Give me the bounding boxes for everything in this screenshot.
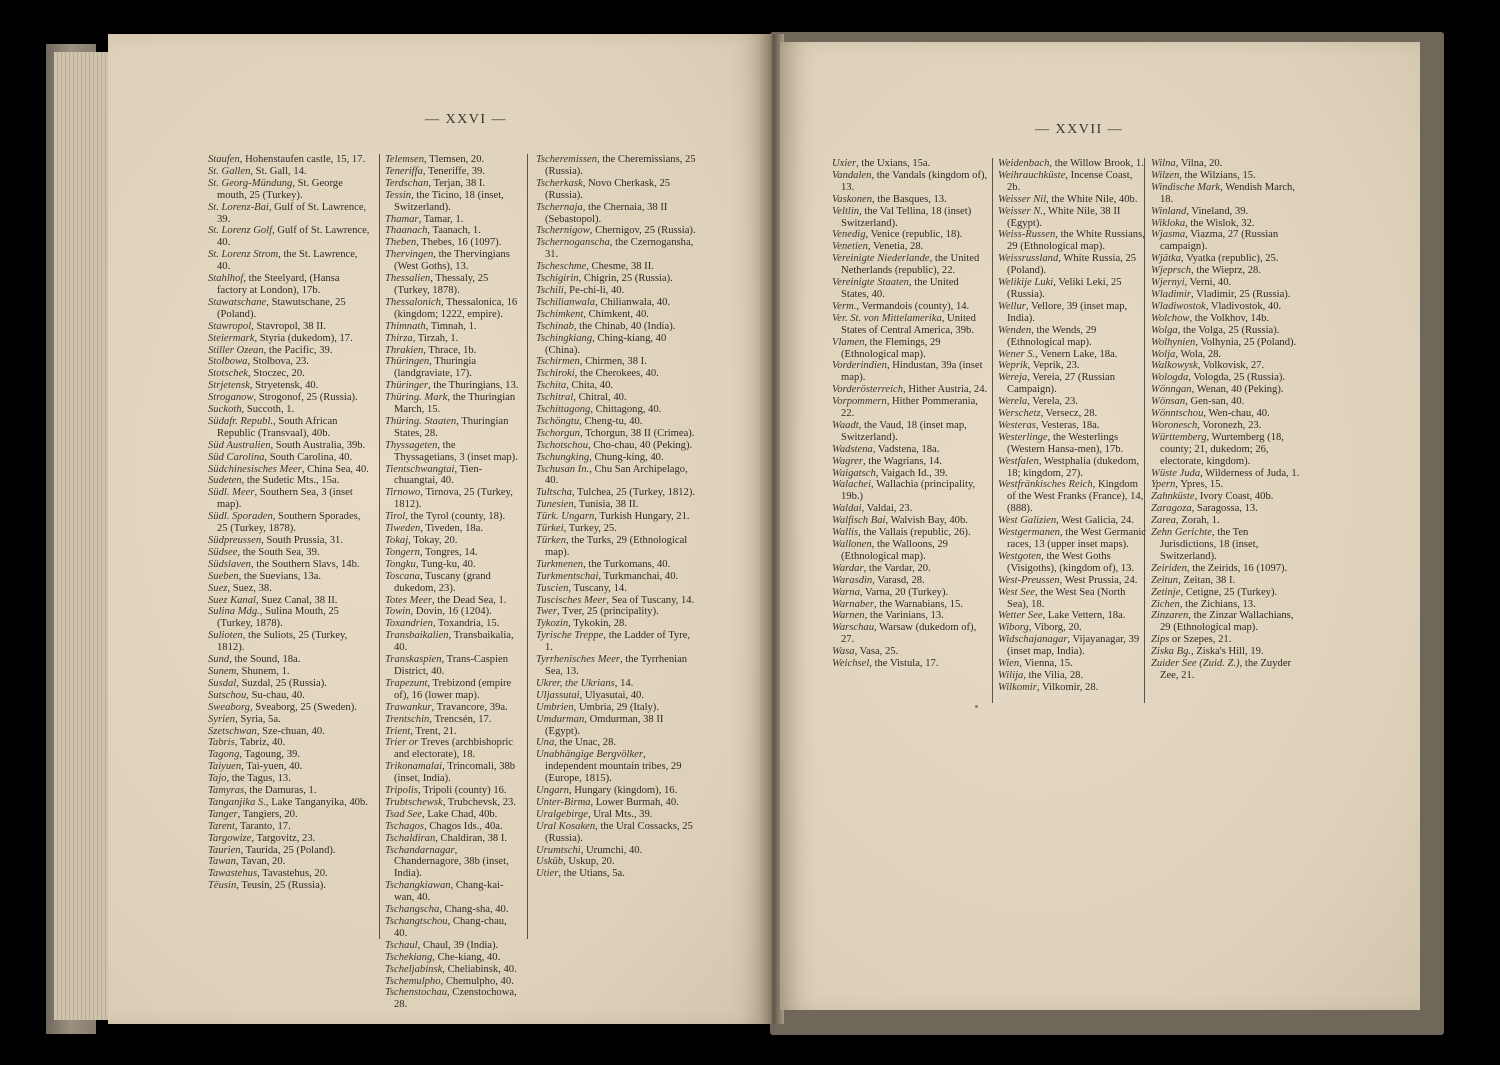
entry-headword: Verm. [832,301,856,312]
entry-headword: Trubtschewsk [385,797,443,808]
entry-headword: Wladiwostok [1151,301,1206,312]
entry-gloss: , Vyatka (republic), 25. [1181,253,1278,264]
entry-headword: Wallonen [832,539,872,550]
entry-headword: St. Gallen [208,166,250,177]
entry-headword: Weissrussland [998,253,1058,264]
entry-headword: Süd Carolina [208,452,264,463]
entry-gloss: , Tai-yuen, 40. [241,761,302,772]
entry-gloss: , Trent, 21. [410,726,456,737]
entry-gloss: , the Turkomans, 40. [583,559,670,570]
index-column-right-3: Wilna, Vilna, 20.Wilzen, the Wilzians, 1… [1151,158,1301,682]
entry-headword: Zehn Gerichte [1151,527,1212,538]
entry-gloss: , Ivory Coast, 40b. [1195,491,1274,502]
entry-gloss: , the Thuringians, 13. [428,380,518,391]
index-entry: Tscheschme, Chesme, 38 II. [536,261,696,273]
entry-gloss: , Venetia, 28. [868,241,923,252]
entry-headword: Waldai [832,503,862,514]
entry-gloss: , Tagoung, 39. [239,749,300,760]
index-entry: Veltlin, the Val Tellina, 18 (inset) Swi… [832,206,988,230]
index-entry: Venetien, Venetia, 28. [832,241,988,253]
index-entry: Tschotschou, Cho-chau, 40 (Peking). [536,440,696,452]
index-entry: Wüste Juda, Wilderness of Juda, 1. [1151,468,1301,480]
index-entry: Vorderösterreich, Hither Austria, 24. [832,384,988,396]
index-entry: Zarea, Zorah, 1. [1151,515,1301,527]
entry-gloss: , Vienna, 15. [1019,658,1073,669]
entry-headword: Wjernyi [1151,277,1185,288]
index-entry: Südslaven, the Southern Slavs, 14b. [208,559,372,571]
entry-gloss: , Veprik, 23. [1028,360,1080,371]
entry-headword: Sund [208,654,229,665]
entry-headword: Uralgebirge [536,809,588,820]
entry-headword: Wagrer [832,456,863,467]
index-entry: Süd Australien, South Australia, 39b. [208,440,372,452]
entry-headword: Suckoth [208,404,242,415]
index-entry: Tessin, the Ticino, 18 (inset, Switzerla… [385,190,519,214]
entry-gloss: , Volkovisk, 27. [1198,360,1264,371]
entry-headword: Tschinab [536,321,574,332]
entry-gloss: , Cheng-tu, 40. [579,416,642,427]
entry-gloss: , the Zichians, 13. [1180,599,1256,610]
entry-headword: St. Lorenz Strom [208,249,278,260]
index-entry: Umdurman, Omdurman, 38 II (Egypt). [536,714,696,738]
entry-gloss: , Sea of Tuscany, 14. [606,595,694,606]
index-entry: Wjernyi, Verni, 40. [1151,277,1301,289]
entry-headword: Waigatsch [832,468,876,479]
entry-headword: Thüring. Mark [385,392,447,403]
index-entry: Tschaul, Chaul, 39 (India). [385,940,519,952]
entry-headword: Usküb [536,856,563,867]
entry-headword: Thüringer [385,380,428,391]
index-entry: Wellur, Vellore, 39 (inset map, India). [998,301,1146,325]
entry-gloss: , Che-kiang, 40. [432,952,500,963]
index-entry: Telemsen, Tlemsen, 20. [385,154,519,166]
entry-headword: Wladimir [1151,289,1191,300]
index-entry: Tawastehus, Tavastehus, 20. [208,868,372,880]
entry-gloss: , Vadstena, 18a. [873,444,940,455]
index-entry: Tschernigow, Chernigov, 25 (Russia). [536,225,696,237]
index-entry: Taiyuen, Tai-yuen, 40. [208,761,372,773]
index-entry: Vlamen, the Flemings, 29 (Ethnological m… [832,337,988,361]
entry-gloss: , the Volkhov, 14b. [1189,313,1269,324]
index-entry: West See, the West Sea (North Sea), 18. [998,587,1146,611]
index-entry: Tschangscha, Chang-sha, 40. [385,904,519,916]
entry-headword: Thrakien [385,345,423,356]
index-entry: Tientschwangtai, Tien-chuangtai, 40. [385,464,519,488]
entry-gloss: , Pe-chi-li, 40. [564,285,624,296]
index-entry: Tschita, Chita, 40. [536,380,696,392]
entry-gloss: , Chagos Ids., 40a. [424,821,503,832]
index-entry: Thüringer, the Thuringians, 13. [385,380,519,392]
entry-headword: Zuider See (Zuid. Z.) [1151,658,1240,669]
entry-headword: Unabhängige Bergvölker [536,749,643,760]
entry-gloss: , the Basques, 13. [872,194,947,205]
entry-headword: Wilija [998,670,1023,681]
entry-headword: Stawatschane [208,297,266,308]
index-entry: Tyrrhenisches Meer, the Tyrrhenian Sea, … [536,654,696,678]
entry-headword: Tsad See [385,809,422,820]
entry-gloss: , Volhynia, 25 (Poland). [1195,337,1296,348]
index-entry: Süd Carolina, South Carolina, 40. [208,452,372,464]
index-entry: Walkowysk, Volkovisk, 27. [1151,360,1301,372]
index-entry: Turkmentschai, Turkmanchai, 40. [536,571,696,583]
entry-headword: Stiller Ozean [208,345,264,356]
entry-gloss: , St. Gall, 14. [250,166,306,177]
index-entry: West-Preussen, West Prussia, 24. [998,575,1146,587]
index-entry: Totes Meer, the Dead Sea, 1. [385,595,519,607]
entry-headword: Syrien [208,714,235,725]
entry-gloss: , Stryetensk, 40. [250,380,319,391]
entry-headword: Tscheljabinsk [385,964,442,975]
index-entry: Sutschou, Su-chau, 40. [208,690,372,702]
index-entry: Vandalen, the Vandals (kingdom of), 13. [832,170,988,194]
entry-headword: Tajo [208,773,226,784]
entry-gloss: , Tlemsen, 20. [424,154,484,165]
entry-headword: Tëusin [208,880,236,891]
entry-gloss: , Umbria, 29 (Italy). [574,702,659,713]
entry-gloss: , the Vallais (republic, 26). [858,527,970,538]
entry-headword: Wereja [998,372,1027,383]
entry-gloss: , Strogonof, 25 (Russia). [254,392,358,403]
index-entry: Trier or Treves (archbishopric and elect… [385,737,519,761]
entry-headword: Thüring. Staaten [385,416,456,427]
entry-headword: Wüste Juda [1151,468,1200,479]
entry-gloss: , the South Sea, 39. [237,547,319,558]
entry-headword: Suez Kanal [208,595,256,606]
entry-headword: Wönntschou [1151,408,1203,419]
entry-headword: Ver. St. von Mittelamerika [832,313,942,324]
entry-gloss: , Tongres, 14. [420,547,478,558]
entry-gloss: , Trencsén, 17. [429,714,491,725]
entry-gloss: , Ziska's Hill, 19. [1191,646,1264,657]
index-entry: Tscheremissen, the Cheremissians, 25 (Ru… [536,154,696,178]
entry-headword: Südafr. Republ. [208,416,273,427]
index-entry: Tongern, Tongres, 14. [385,547,519,559]
entry-headword: Vorpommern [832,396,887,407]
index-entry: Tscherkask, Novo Cherkask, 25 (Russia). [536,178,696,202]
index-entry: Unabhängige Bergvölker, independent moun… [536,749,696,785]
paper-speck [975,705,978,708]
index-entry: Tagong, Tagoung, 39. [208,749,372,761]
entry-gloss: , Chittagong, 40. [590,404,661,415]
index-entry: Sund, the Sound, 18a. [208,654,372,666]
entry-gloss: , Chemulpho, 40. [441,976,514,987]
index-entry: Tuscien, Tuscany, 14. [536,583,696,595]
index-entry: Trubtschewsk, Trubchevsk, 23. [385,797,519,809]
entry-gloss: , Tangiers, 20. [238,809,298,820]
entry-headword: Welikije Luki [998,277,1053,288]
entry-gloss: , South Australia, 39b. [271,440,366,451]
entry-headword: Tyrische Treppe [536,630,603,641]
entry-headword: Tanganjika S. [208,797,266,808]
entry-headword: Tscheschme [536,261,586,272]
index-entry: Westgoten, the West Goths (Visigoths), (… [998,551,1146,575]
column-rule [379,154,380,939]
entry-gloss: , South Prussia, 31. [261,535,343,546]
entry-gloss: , the Vaud, 18 (inset map, Switzerland). [841,420,967,443]
index-entry: Toxandrien, Toxandria, 15. [385,618,519,630]
entry-headword: Südsee [208,547,237,558]
entry-gloss: , Tung-ku, 40. [416,559,476,570]
entry-gloss: , Walvish Bay, 40b. [885,515,967,526]
entry-gloss: , Chitral, 40. [573,392,626,403]
entry-gloss: , Stolbova, 23. [247,356,309,367]
entry-gloss: , Vaigach Id., 39. [876,468,948,479]
index-entry: Sulioten, the Suliots, 25 (Turkey, 1812)… [208,630,372,654]
entry-headword: Toxandrien [385,618,433,629]
entry-gloss: , the Southern Slavs, 14b. [251,559,360,570]
entry-headword: Sweaborg [208,702,250,713]
entry-headword: Tschangkiawan [385,880,451,891]
entry-headword: Uxier [832,158,856,169]
entry-headword: Weidenbach [998,158,1049,169]
entry-gloss: , the Volga, 25 (Russia). [1178,325,1280,336]
index-entry: Unter-Birma, Lower Burmah, 40. [536,797,696,809]
entry-headword: Wolchow [1151,313,1189,324]
index-entry: Zehn Gerichte, the Ten Jurisdictions, 18… [1151,527,1301,563]
index-entry: Westfränkisches Reich, Kingdom of the We… [998,479,1146,515]
entry-headword: Zeiriden [1151,563,1187,574]
entry-headword: Wjasma [1151,229,1185,240]
column-rule [1144,158,1145,703]
entry-gloss: , 14. [615,678,634,689]
entry-gloss: , Vladivostok, 40. [1206,301,1281,312]
entry-gloss: , Tykokin, 28. [568,618,627,629]
entry-headword: Thimnath [385,321,426,332]
entry-headword: Sulioten [208,630,243,641]
entry-gloss: , China Sea, 40. [302,464,369,475]
entry-gloss: , Zeitan, 38 I. [1178,575,1235,586]
index-entry: Tschagos, Chagos Ids., 40a. [385,821,519,833]
entry-headword: Trentschin [385,714,429,725]
entry-gloss: , Chimkent, 40. [583,309,649,320]
entry-headword: Tirnowo [385,487,420,498]
entry-headword: Urumtschi [536,845,581,856]
entry-gloss: , Chang-sha, 40. [439,904,508,915]
index-entry: Warasdin, Varasd, 28. [832,575,988,587]
entry-headword: Thessalien [385,273,430,284]
entry-headword: Tongku [385,559,416,570]
index-entry: Wenden, the Wends, 29 (Ethnological map)… [998,325,1146,349]
entry-headword: Tessin [385,190,411,201]
entry-gloss: , Wen-chau, 40. [1203,408,1269,419]
entry-gloss: , the Val Tellina, 18 (inset) Switzerlan… [841,206,971,229]
entry-headword: Walachei [832,479,871,490]
index-entry: St. Lorenz-Bai, Gulf of St. Lawrence, 39… [208,202,372,226]
index-entry: Terdschan, Terjan, 38 I. [385,178,519,190]
index-entry: Transbaikalien, Transbaikalia, 40. [385,630,519,654]
index-entry: Weiss-Russen, the White Russians, 29 (Et… [998,229,1146,253]
index-entry: Tabris, Tabriz, 40. [208,737,372,749]
entry-headword: Tschernaja [536,202,583,213]
index-entry: Tschorgun, Tchorgun, 38 II (Crimea). [536,428,696,440]
entry-headword: Thessalonich [385,297,441,308]
entry-gloss: , Terjan, 38 I. [428,178,485,189]
entry-gloss: , Turkmanchai, 40. [598,571,678,582]
entry-gloss: , Zorah, 1. [1176,515,1220,526]
index-entry: Twer, Tver, 25 (principality). [536,606,696,618]
index-entry: Wetter See, Lake Vettern, 18a. [998,610,1146,622]
entry-headword: Stolbowa [208,356,247,367]
index-entry: Wasa, Vasa, 25. [832,646,988,658]
entry-headword: Vorderösterreich [832,384,903,395]
index-entry: Thüringen, Thuringia (landgraviate, 17). [385,356,519,380]
index-entry: Stotschek, Stoczec, 20. [208,368,372,380]
index-entry: Tschilianwala, Chilianwala, 40. [536,297,696,309]
index-entry: Zuider See (Zuid. Z.), the Zuyder Zee, 2… [1151,658,1301,682]
index-entry: Stroganow, Strogonof, 25 (Russia). [208,392,372,404]
entry-headword: Zinzaren [1151,610,1188,621]
entry-gloss: , West Prussia, 24. [1060,575,1138,586]
entry-headword: Wikloka [1151,218,1185,229]
entry-headword: Tschernigow [536,225,590,236]
index-entry: Zetinje, Cetigne, 25 (Turkey). [1151,587,1301,599]
index-column-left-3: Tscheremissen, the Cheremissians, 25 (Ru… [536,154,696,880]
entry-headword: Tongern [385,547,420,558]
index-entry: Tschangtschou, Chang-chau, 40. [385,916,519,940]
index-entry: Tirnowo, Tirnova, 25 (Turkey, 1812). [385,487,519,511]
index-entry: Towin, Dovin, 16 (1204). [385,606,519,618]
entry-headword: Toscana [385,571,420,582]
entry-gloss: , Tunisia, 38 II. [574,499,639,510]
index-entry: Tuscisches Meer, Sea of Tuscany, 14. [536,595,696,607]
entry-headword: Tschangscha [385,904,439,915]
index-column-right-1: Uxier, the Uxians, 15a.Vandalen, the Van… [832,158,988,670]
index-entry: Wolja, Wola, 28. [1151,349,1301,361]
index-entry: Wönngan, Wenan, 40 (Peking). [1151,384,1301,396]
entry-headword: Walkowysk [1151,360,1198,371]
entry-gloss: , Hungary (kingdom), 16. [569,785,677,796]
entry-headword: Westgoten [998,551,1041,562]
entry-headword: Zahnküste [1151,491,1195,502]
index-entry: Südafr. Republ., South African Republic … [208,416,372,440]
entry-gloss: , the Wagrians, 14. [863,456,942,467]
entry-gloss: , the Tagus, 13. [226,773,290,784]
index-entry: Tschungking, Chung-king, 40. [536,452,696,464]
index-entry: Tykozin, Tykokin, 28. [536,618,696,630]
index-entry: Tajo, the Tagus, 13. [208,773,372,785]
index-entry: Winland, Vineland, 39. [1151,206,1301,218]
index-entry: Südl. Sporaden, Southern Sporades, 25 (T… [208,511,372,535]
index-entry: Westerlinge, the Westerlings (Western Ha… [998,432,1146,456]
entry-headword: Stawropol [208,321,251,332]
entry-headword: Tschandarnagar [385,845,455,856]
entry-gloss: , the Chinab, 40 (India). [574,321,676,332]
entry-gloss: , the Sound, 18a. [229,654,300,665]
entry-headword: Totes Meer [385,595,432,606]
entry-gloss: , Chernigov, 25 (Russia). [590,225,696,236]
page-stack-edge [54,52,110,1020]
entry-headword: Westfränkisches Reich [998,479,1093,490]
index-entry: Tunesien, Tunisia, 38 II. [536,499,696,511]
index-entry: Stawropol, Stavropol, 38 II. [208,321,372,333]
entry-gloss: , Uskup, 20. [563,856,615,867]
index-entry: Steiermark, Styria (dukedom), 17. [208,333,372,345]
entry-gloss: , the Vistula, 17. [869,658,938,669]
entry-gloss: , Travancore, 39a. [432,702,508,713]
index-entry: Trikonamalai, Trincomali, 38b (inset, In… [385,761,519,785]
entry-headword: Trient [385,726,410,737]
entry-gloss: , Shunem, 1. [236,666,289,677]
entry-gloss: , Vermandois (county), 14. [856,301,969,312]
index-entry: Toscana, Tuscany (grand dukedom, 23). [385,571,519,595]
index-entry: Tschernaja, the Chernaia, 38 II (Sebasto… [536,202,696,226]
entry-headword: Tschigirin [536,273,579,284]
index-entry: Tschernoganscha, the Czernogansha, 31. [536,237,696,261]
entry-headword: Umdurman [536,714,584,725]
entry-headword: Tscheremissen [536,154,597,165]
entry-headword: Turkmenen [536,559,583,570]
index-entry: St. Lorenz Strom, the St. Lawrence, 40. [208,249,372,273]
entry-headword: Tschemulpho [385,976,441,987]
entry-headword: Wallis [832,527,858,538]
index-entry: Tschekiang, Che-kiang, 40. [385,952,519,964]
column-rule [527,154,528,939]
index-entry: Weprik, Veprik, 23. [998,360,1146,372]
index-entry: Tyrische Treppe, the Ladder of Tyre, 1. [536,630,696,654]
entry-headword: Tschungking [536,452,589,463]
entry-headword: Tultscha [536,487,572,498]
entry-gloss: , Tokay, 20. [408,535,457,546]
index-entry: Verm., Vermandois (county), 14. [832,301,988,313]
entry-gloss: , the Damuras, 1. [244,785,316,796]
entry-gloss: , Urumchi, 40. [581,845,643,856]
index-entry: Wjeprsch, the Wieprz, 28. [1151,265,1301,277]
entry-headword: Tschernoganscha [536,237,610,248]
entry-gloss: , Vladimir, 25 (Russia). [1191,289,1290,300]
index-entry: Zips or Szepes, 21. [1151,634,1301,646]
index-entry: Walachei, Wallachia (principality, 19b.) [832,479,988,503]
entry-gloss: , the Suevians, 13a. [239,571,321,582]
index-entry: Westgermanen, the West Germanic races, 1… [998,527,1146,551]
column-rule [992,158,993,703]
index-entry: Thüring. Staaten, Thuringian States, 28. [385,416,519,440]
entry-headword: West See [998,587,1035,598]
entry-headword: Wien [998,658,1019,669]
entry-headword: Ungarn [536,785,569,796]
index-entry: Wjasma, Viazma, 27 (Russian campaign). [1151,229,1301,253]
entry-headword: Westeras [998,420,1036,431]
index-entry: Vereinigte Niederlande, the United Nethe… [832,253,988,277]
entry-gloss: , Lake Vettern, 18a. [1043,610,1126,621]
entry-gloss: , Targovitz, 23. [251,833,315,844]
entry-gloss: , Varna, 20 (Turkey). [860,587,948,598]
entry-gloss: , Vesteras, 18a. [1036,420,1100,431]
entry-gloss: , Chirmen, 38 I. [580,356,647,367]
entry-gloss: , Succoth, 1. [242,404,295,415]
index-entry: Wladimir, Vladimir, 25 (Russia). [1151,289,1301,301]
entry-headword: Walfisch Bai [832,515,885,526]
entry-headword: Tripolis [385,785,418,796]
entry-gloss: , the Ticino, 18 (inset, Switzerland). [394,190,504,213]
entry-headword: Trikonamalai [385,761,442,772]
entry-headword: Tagong [208,749,239,760]
entry-gloss: , Su-chau, 40. [246,690,305,701]
index-entry: Tiweden, Tiveden, 18a. [385,523,519,535]
index-entry: Sweaborg, Sveaborg, 25 (Sweden). [208,702,372,714]
entry-gloss: , Wilderness of Juda, 1. [1200,468,1299,479]
entry-headword: Wetter See [998,610,1043,621]
index-entry: Tschenstochau, Czenstochowa, 28. [385,987,519,1011]
entry-gloss: , Suez, 38. [227,583,271,594]
entry-headword: Tschimkent [536,309,583,320]
entry-gloss: , Gen-san, 40. [1185,396,1244,407]
index-column-left-1: Staufen, Hohenstaufen castle, 15, 17.St.… [208,154,372,892]
entry-headword: Süd Australien [208,440,271,451]
entry-gloss: , the Wieprz, 28. [1191,265,1261,276]
index-entry: Wilija, the Vilia, 28. [998,670,1146,682]
entry-headword: Tschöngtu [536,416,579,427]
entry-headword: Wenden [998,325,1031,336]
